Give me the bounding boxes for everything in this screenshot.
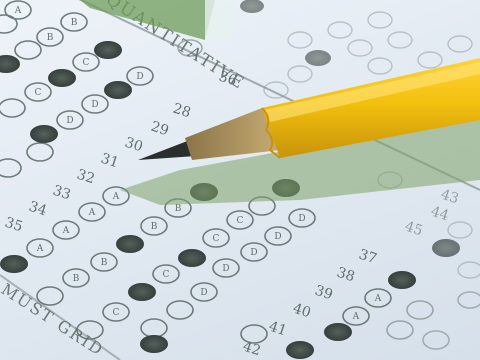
- svg-text:31: 31: [99, 151, 121, 172]
- svg-text:32: 32: [75, 167, 97, 188]
- svg-text:35: 35: [3, 215, 25, 236]
- svg-text:C: C: [35, 88, 42, 98]
- svg-text:A: A: [36, 244, 44, 254]
- svg-text:D: D: [66, 116, 73, 126]
- svg-text:41: 41: [267, 319, 289, 340]
- svg-text:C: C: [237, 216, 244, 226]
- svg-text:39: 39: [313, 283, 335, 304]
- svg-text:A: A: [88, 208, 96, 218]
- svg-text:28: 28: [171, 101, 193, 122]
- answer-sheet: QUANTITATIVE MUST GRID 28 29 30 31 32 33…: [0, 0, 480, 360]
- svg-text:40: 40: [291, 301, 313, 322]
- svg-text:D: D: [222, 264, 229, 274]
- svg-text:44: 44: [429, 204, 451, 225]
- svg-text:B: B: [73, 274, 80, 284]
- svg-text:D: D: [200, 288, 207, 298]
- svg-text:A: A: [352, 312, 360, 322]
- photo-scene: QUANTITATIVE MUST GRID 28 29 30 31 32 33…: [0, 0, 480, 360]
- svg-text:B: B: [151, 222, 158, 232]
- svg-text:D: D: [250, 248, 257, 258]
- svg-text:A: A: [112, 192, 120, 202]
- svg-text:33: 33: [51, 183, 73, 204]
- svg-text:B: B: [47, 33, 54, 43]
- svg-text:D: D: [136, 72, 143, 82]
- svg-text:D: D: [91, 100, 98, 110]
- svg-text:A: A: [62, 226, 70, 236]
- svg-text:B: B: [175, 204, 182, 214]
- svg-text:29: 29: [149, 119, 171, 140]
- svg-text:38: 38: [335, 265, 357, 286]
- svg-text:D: D: [274, 232, 281, 242]
- svg-text:C: C: [83, 58, 90, 68]
- svg-text:43: 43: [439, 187, 461, 208]
- svg-text:C: C: [113, 308, 120, 318]
- svg-text:34: 34: [27, 199, 49, 220]
- svg-text:A: A: [14, 6, 22, 16]
- svg-text:A: A: [374, 294, 382, 304]
- svg-text:45: 45: [403, 219, 425, 240]
- svg-text:30: 30: [123, 135, 145, 156]
- svg-text:C: C: [213, 234, 220, 244]
- svg-text:D: D: [298, 214, 305, 224]
- svg-text:B: B: [101, 258, 108, 268]
- svg-text:C: C: [163, 270, 170, 280]
- footer-label: MUST GRID: [0, 279, 108, 360]
- svg-text:B: B: [71, 18, 78, 28]
- svg-text:37: 37: [357, 247, 379, 268]
